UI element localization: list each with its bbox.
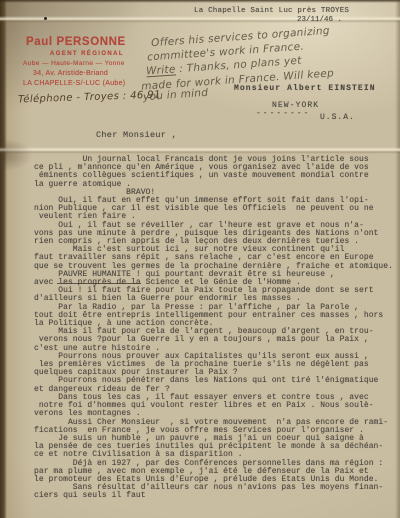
fold-crease-middle	[0, 147, 400, 154]
typed-underline-pauvre-humanite	[57, 283, 141, 284]
fold-shadow	[0, 138, 34, 172]
scan-edge-left	[0, 0, 7, 518]
sender-regions: Aube — Haute-Marne — Yonne	[23, 60, 125, 67]
scanned-letter: Paul PERSONNE AGENT RÉGIONAL Aube — Haut…	[0, 0, 400, 518]
annotation-underlined-word: Write	[146, 63, 176, 77]
ink-speck	[44, 17, 47, 20]
sender-title: AGENT RÉGIONAL	[50, 51, 124, 57]
recipient-separator: --------	[256, 109, 310, 118]
date-line: 23/11/46 .	[297, 16, 342, 24]
salutation: Cher Monsieur ,	[96, 130, 177, 140]
scan-edge-right	[395, 0, 400, 518]
sender-phone-handwritten: Téléphone - Troyes : 46.91	[18, 90, 161, 106]
scan-edge-top	[0, 0, 400, 3]
recipient-country: U.S.A.	[320, 113, 355, 122]
letter-body: Un journal local Francais dont je vous j…	[34, 156, 393, 501]
sender-city: LA CHAPELLE-S/-LUC (Aube)	[23, 80, 125, 87]
place-line: La Chapelle Saint Luc près TROYES	[194, 7, 349, 15]
sender-name: Paul PERSONNE	[26, 36, 126, 48]
sender-address: 34, Av. Aristide-Briand	[33, 70, 108, 77]
recipient-name: Monsieur Albert EINSTEIN	[234, 84, 376, 93]
